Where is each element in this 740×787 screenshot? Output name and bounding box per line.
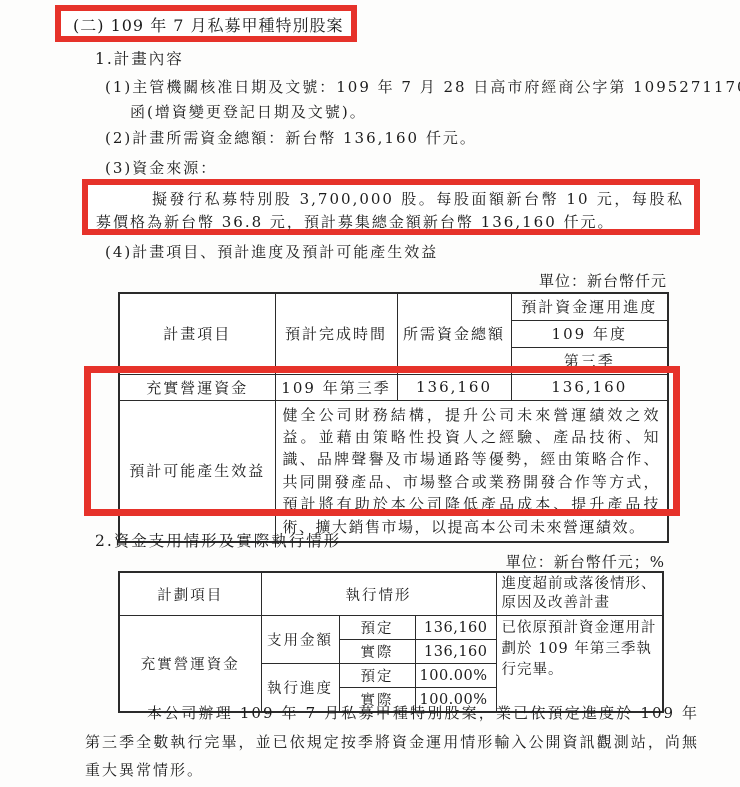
t1-header-quarter: 第三季: [511, 347, 668, 374]
t2-type-planned2: 預定: [339, 664, 415, 688]
t1-row1-item: 充實營運資金: [119, 374, 275, 400]
t1-header-item: 計畫項目: [119, 293, 275, 374]
t2-remark: 已依原預計資金運用計劃於 109 年第三季執行完畢。: [496, 616, 663, 713]
unit-label-table2: 單位：新台幣仟元；%: [395, 551, 665, 572]
t1-row1-time: 109 年第三季: [275, 374, 397, 400]
item1-line1: (1)主管機關核准日期及文號：109 年 7 月 28 日高市府經商公字第 10…: [105, 76, 740, 97]
t2-header-item: 計劃項目: [119, 572, 261, 616]
t1-header-time: 預計完成時間: [275, 293, 397, 374]
closing-paragraph: 本公司辦理 109 年 7 月私募甲種特別股案，業已依預定進度於 109 年第三…: [85, 699, 699, 785]
funding-source-highlight-box: 擬發行私募特別股 3,700,000 股。每股面額新台幣 10 元，每股私募價格…: [82, 179, 700, 235]
t1-header-year: 109 年度: [511, 320, 668, 347]
heading-fund-usage: 2.資金支用情形及實際執行情形: [95, 529, 341, 551]
section-title-highlight-box: (二) 109 年 7 月私募甲種特別股案: [55, 5, 357, 42]
execution-status-table: 計劃項目 執行情形 進度超前或落後情形、原因及改善計畫 充實營運資金 支用金額 …: [118, 571, 664, 713]
item3-funding-source: (3)資金來源：: [105, 157, 217, 178]
item4-plan-items: (4)計畫項目、預計進度及預計可能產生效益: [105, 241, 438, 262]
funding-source-text: 擬發行私募特別股 3,700,000 股。每股面額新台幣 10 元，每股私募價格…: [96, 188, 684, 234]
unit-label-table1: 單位：新台幣仟元: [400, 270, 667, 291]
t2-type-actual: 實際: [339, 640, 415, 664]
item1-line2: 函(增資變更登記日期及文號)。: [130, 101, 367, 122]
t1-row2-benefit-description: 健全公司財務結構，提升公司未來營運績效之效益。並藉由策略性投資人之經驗、產品技術…: [275, 400, 668, 542]
t2-item: 充實營運資金: [119, 616, 261, 713]
t2-value-progress-planned: 100.00%: [415, 664, 496, 688]
t1-row1-q3: 136,160: [511, 374, 668, 400]
t1-header-usage-progress: 預計資金運用進度: [511, 293, 668, 320]
heading-plan-content: 1.計畫內容: [95, 47, 184, 69]
table-row: 充實營運資金 支用金額 預定 136,160 已依原預計資金運用計劃於 109 …: [119, 616, 663, 640]
t2-value-amount-planned: 136,160: [415, 616, 496, 640]
t1-header-total: 所需資金總額: [397, 293, 511, 374]
item2-total-funds: (2)計畫所需資金總額：新台幣 136,160 仟元。: [105, 127, 477, 148]
section-title: (二) 109 年 7 月私募甲種特別股案: [73, 16, 344, 35]
plan-progress-table: 計畫項目 預計完成時間 所需資金總額 預計資金運用進度 109 年度 第三季 充…: [118, 292, 669, 543]
t2-header-deviation: 進度超前或落後情形、原因及改善計畫: [496, 572, 663, 616]
t2-type-planned: 預定: [339, 616, 415, 640]
t1-row2-item: 預計可能產生效益: [119, 400, 275, 542]
document-page: { "title": "(二) 109 年 7 月私募甲種特別股案", "sec…: [0, 0, 740, 787]
t2-value-amount-actual: 136,160: [415, 640, 496, 664]
table-row: 預計可能產生效益 健全公司財務結構，提升公司未來營運績效之效益。並藉由策略性投資…: [119, 400, 668, 542]
table-row: 充實營運資金 109 年第三季 136,160 136,160: [119, 374, 668, 400]
t2-header-execution: 執行情形: [261, 572, 496, 616]
t1-row1-total: 136,160: [397, 374, 511, 400]
t2-group-amount: 支用金額: [261, 616, 339, 664]
